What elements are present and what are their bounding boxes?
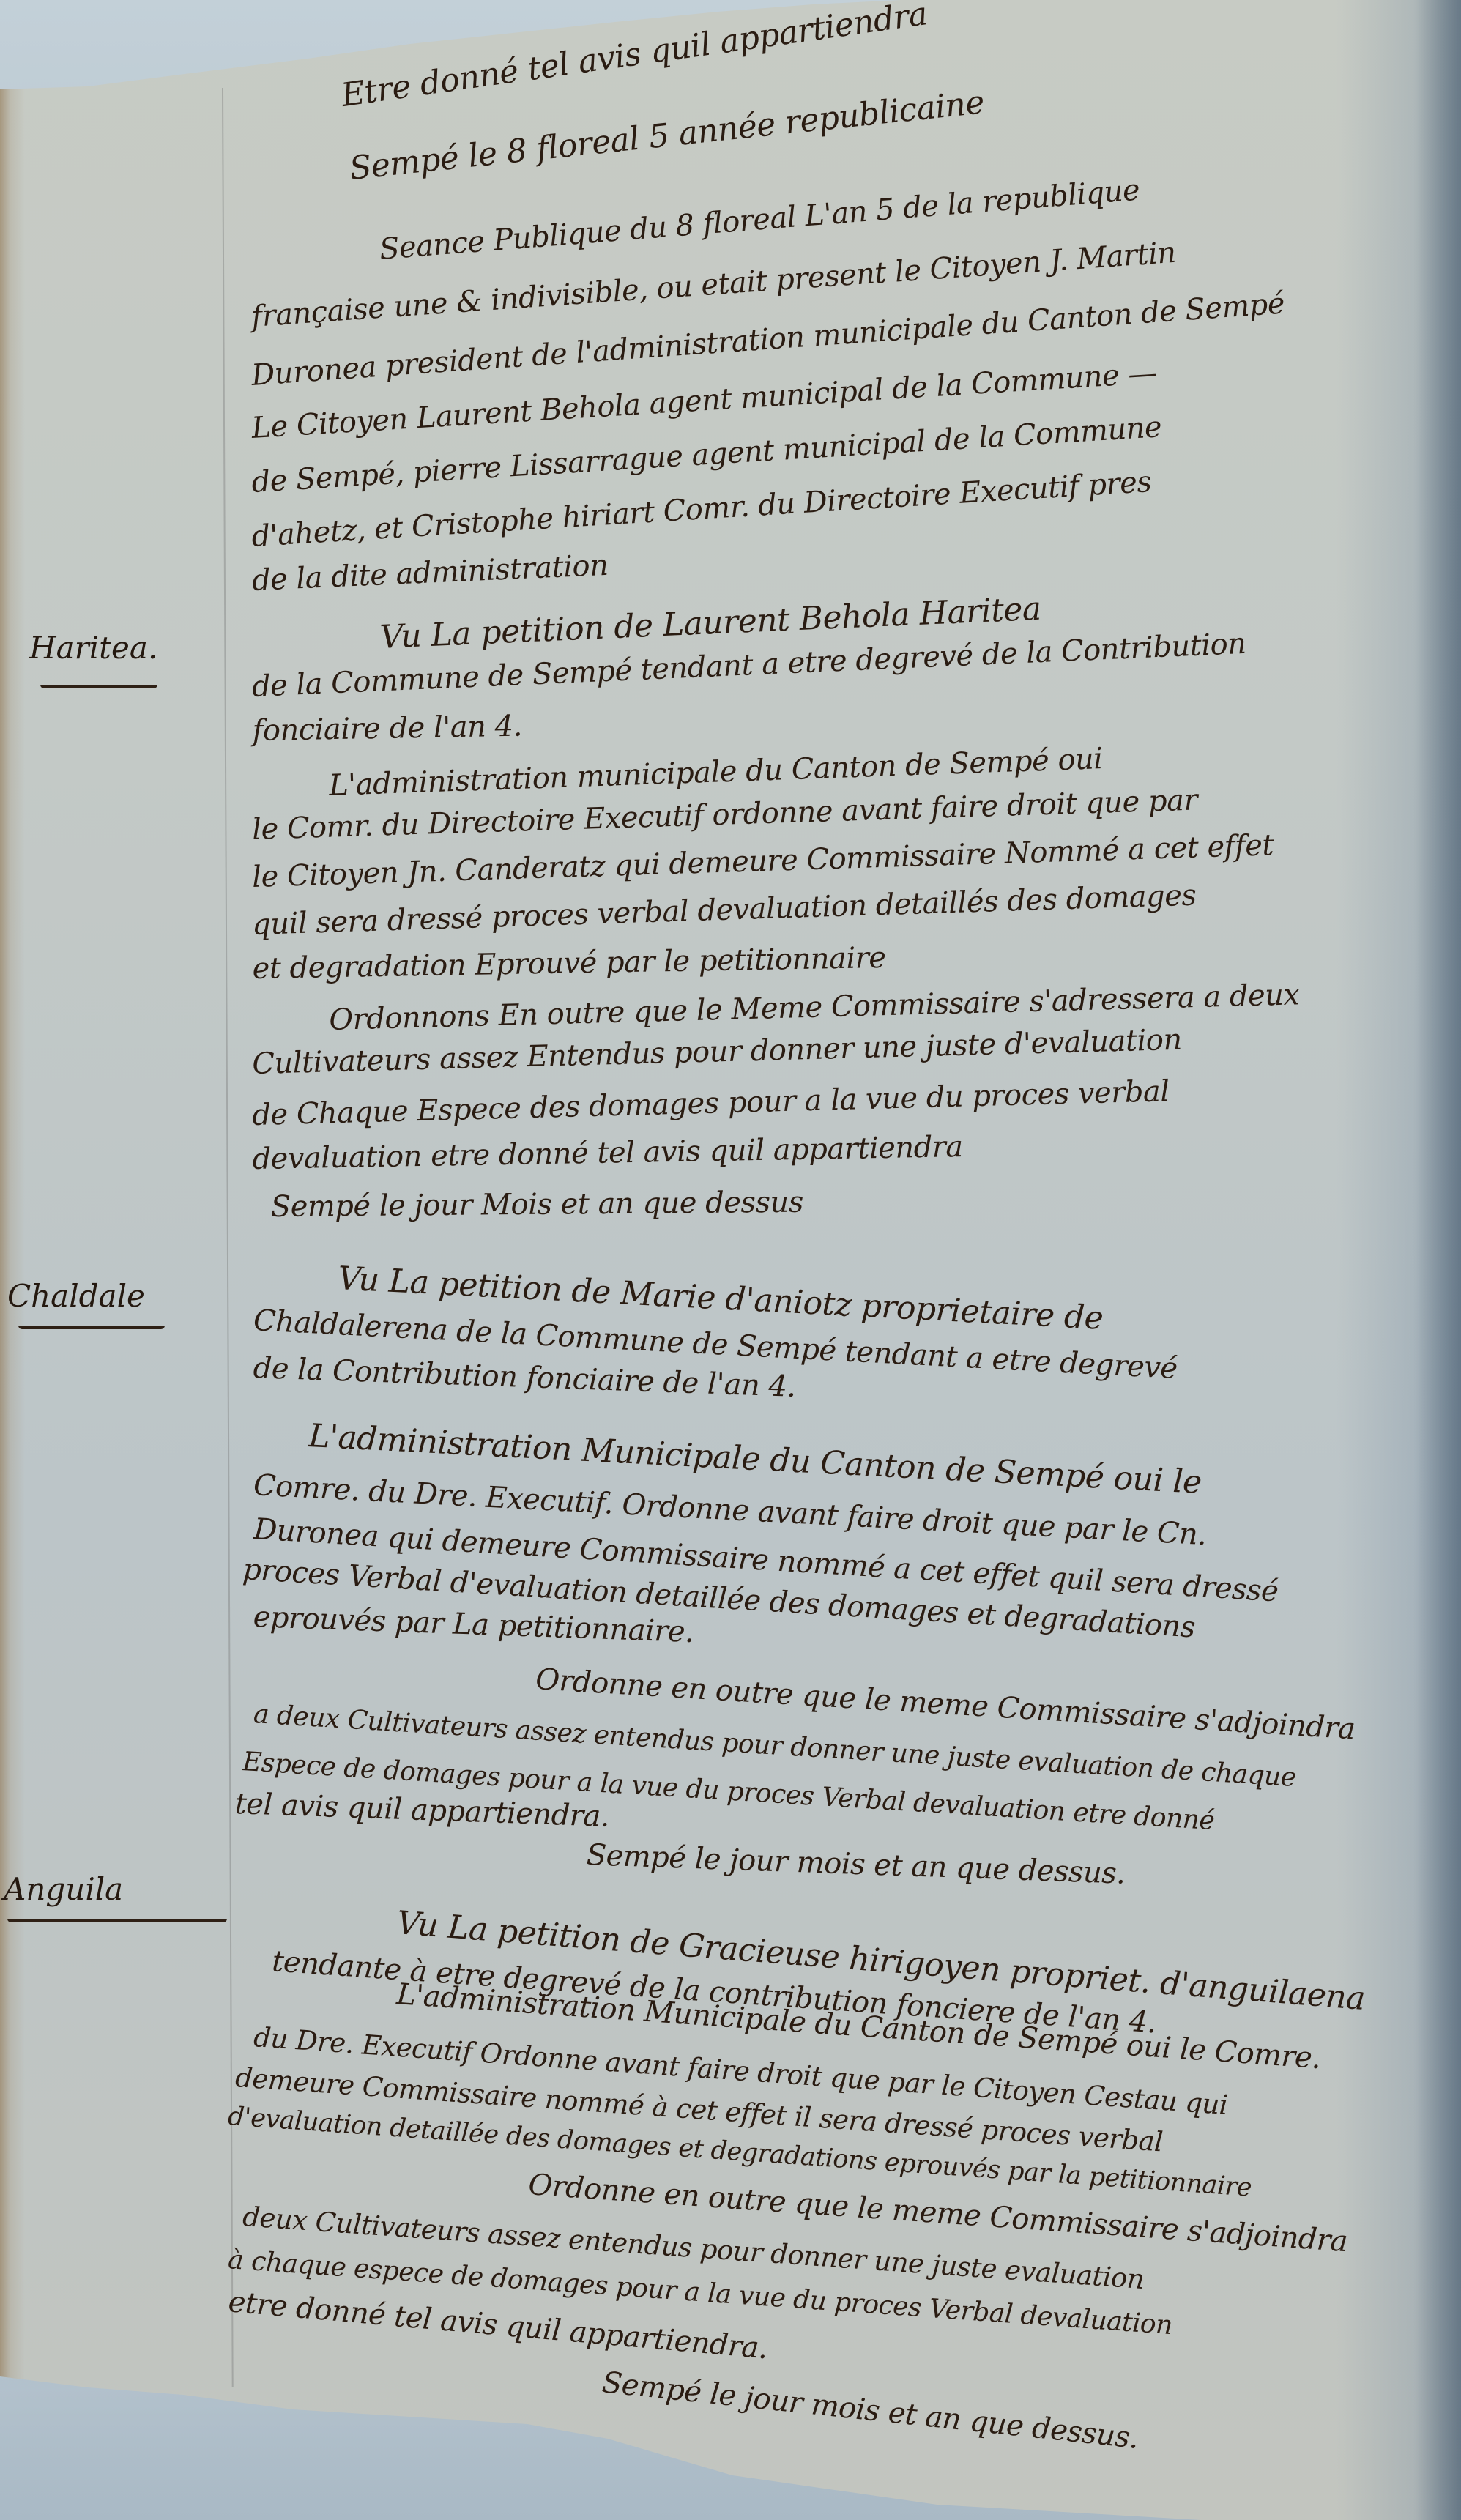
margin-flourish	[7, 1919, 227, 1922]
page-binding-shadow	[1413, 0, 1461, 2520]
petition-line: fonciaire de l'an 4.	[252, 710, 522, 748]
margin-flourish	[18, 1326, 165, 1329]
margin-flourish	[40, 685, 157, 688]
margin-label-haritea: Haritea.	[29, 630, 157, 666]
margin-label-anguila: Anguila	[4, 1871, 123, 1907]
margin-label-chaldale: Chaldale	[7, 1278, 145, 1314]
closing-line: Sempé le jour Mois et an que dessus	[271, 1186, 803, 1224]
